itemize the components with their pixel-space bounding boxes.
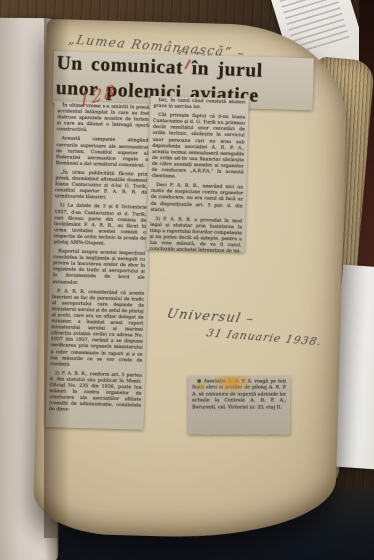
newsprint-paragraph: 2) F. A. R. R., conform art. 5 partea d.… <box>49 371 142 416</box>
newsprint-paragraph: 3) F. A. R. R. a procedat în mod legal ș… <box>149 217 242 253</box>
notice-paragraph: ● Asociația A. R. P. A. roagă pe toți fo… <box>192 379 286 411</box>
newsprint-paragraph: 1) La datele de 3 și 6 Octombrie 1937, d… <box>54 204 147 249</box>
clipping-left-column: În ultima vreme s-a amintit în presă acc… <box>45 101 152 430</box>
scrapbook-page: „Lumea Românească” – 31 Ianuarie 1938 Un… <box>33 19 349 541</box>
newsprint-paragraph: Raportul asupra acestei inspecțiuni conc… <box>52 249 145 288</box>
notice-text: ● Asociația A. R. P. A. roagă pe toți fo… <box>188 376 290 417</box>
right-column-text: ție), în cazul când constată abateri gra… <box>146 96 248 253</box>
newsprint-paragraph: În ultima vreme s-a amintit în presă acc… <box>57 103 150 136</box>
newsprint-paragraph: „În urma publicității făcute prin presă,… <box>55 170 148 203</box>
notice-clipping: ● Asociația A. R. P. A. roagă pe toți fo… <box>188 376 290 434</box>
clipping-right-column: ție), în cazul când constată abateri gra… <box>146 96 248 253</box>
newsprint-paragraph: Deci F. A. R. R., neavând nici un motiv … <box>150 183 243 216</box>
newsprint-paragraph: Această campanie atingând cercurile supe… <box>56 137 149 170</box>
left-column-text: În ultima vreme s-a amintit în presă acc… <box>46 101 153 421</box>
newsprint-paragraph: ție), în cazul când constată abateri gra… <box>153 98 245 113</box>
newsprint-paragraph: Cât privește faptul că d-na Ioana Cantac… <box>151 113 245 183</box>
newsprint-paragraph: F. A. R. R. considerând că aceste înscri… <box>50 289 144 371</box>
photo-scene: „Lumea Românească” – 31 Ianuarie 1938 Un… <box>0 0 374 560</box>
